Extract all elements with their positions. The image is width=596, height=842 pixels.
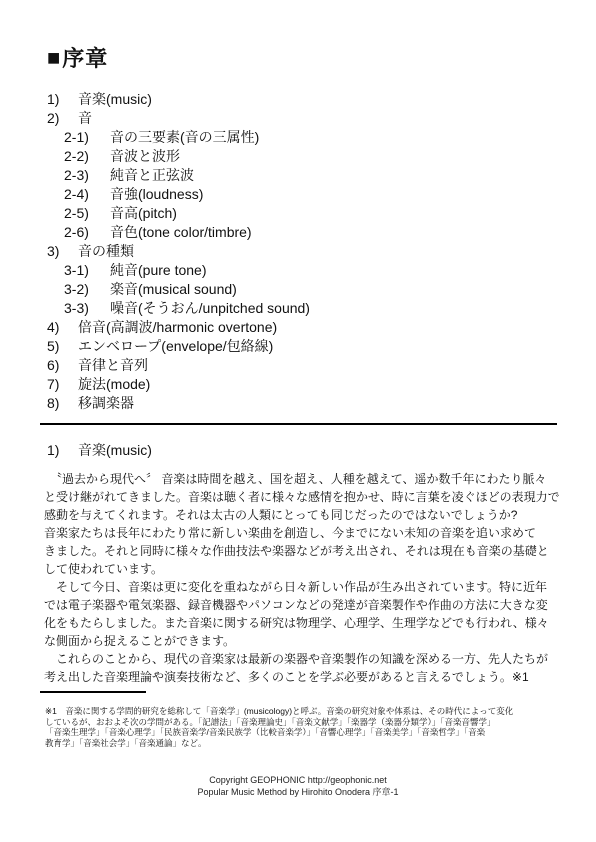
toc-item-label: 音強(loudness) <box>110 185 203 204</box>
toc-item: 2-4) 音強(loudness) <box>64 185 310 204</box>
chapter-title: ■ 序章 <box>47 42 108 73</box>
toc-item-number: 2-1) <box>64 128 110 147</box>
toc-item-label: 音色(tone color/timbre) <box>110 223 252 242</box>
toc-item-number: 3) <box>47 242 78 261</box>
toc-item: 8) 移調楽器 <box>47 394 310 413</box>
toc-item: 1) 音楽(music) <box>47 90 310 109</box>
footnote: ※1 音楽に関する学問的研究を総称して「音楽学」(musicology)と呼ぶ。… <box>45 706 561 748</box>
toc-item: 6) 音律と音列 <box>47 356 310 375</box>
toc-item-number: 3-3) <box>64 299 110 318</box>
toc-item-number: 3-1) <box>64 261 110 280</box>
toc-item: 3-3) 噪音(そうおん/unpitched sound) <box>64 299 310 318</box>
toc-item-label: 噪音(そうおん/unpitched sound) <box>110 299 310 318</box>
table-of-contents: 1) 音楽(music) 2) 音 2-1) 音の三要素(音の三属性) 2-2)… <box>47 90 310 413</box>
body-line: では電子楽器や電気楽器、録音機器やパソコンなどの発達が音楽製作や作曲の方法に大き… <box>44 596 564 614</box>
toc-item: 3) 音の種類 <box>47 242 310 261</box>
toc-item-number: 2-6) <box>64 223 110 242</box>
section-divider <box>40 423 557 425</box>
body-line: 化をもたらしました。また音楽に関する研究は物理学、心理学、生理学などでも行われ、… <box>44 614 564 632</box>
toc-item-number: 4) <box>47 318 78 337</box>
body-line: これらのことから、現代の音楽家は最新の楽器や音楽製作の知識を深める一方、先人たち… <box>44 650 564 668</box>
toc-item: 3-1) 純音(pure tone) <box>64 261 310 280</box>
toc-item-number: 6) <box>47 356 78 375</box>
document-page: ■ 序章 1) 音楽(music) 2) 音 2-1) 音の三要素(音の三属性)… <box>0 0 596 842</box>
body-paragraphs: 〝過去から現代へ〞 音楽は時間を越え、国を超え、人種を越えて、遥か数千年にわたり… <box>44 470 564 686</box>
toc-item-label: 音の種類 <box>78 242 134 261</box>
toc-item-label: エンベロープ(envelope/包絡線) <box>78 337 273 356</box>
section-number: 1) <box>47 441 78 460</box>
toc-item-label: 音の三要素(音の三属性) <box>110 128 259 147</box>
toc-item-number: 2-4) <box>64 185 110 204</box>
body-line: して使われています。 <box>44 560 564 578</box>
toc-item-number: 2-5) <box>64 204 110 223</box>
toc-item-label: 音楽(music) <box>78 90 152 109</box>
toc-item-number: 2-3) <box>64 166 110 185</box>
body-line: と受け継がれてきました。音楽は聴く者に様々な感情を抱かせ、時に言葉を凌ぐほどの表… <box>44 488 564 506</box>
toc-item: 2-6) 音色(tone color/timbre) <box>64 223 310 242</box>
toc-item: 2) 音 <box>47 109 310 128</box>
toc-item: 5) エンベロープ(envelope/包絡線) <box>47 337 310 356</box>
toc-item-label: 純音(pure tone) <box>110 261 206 280</box>
toc-item-label: 音律と音列 <box>78 356 148 375</box>
footnote-line: 教育学」「音楽社会学」「音楽通論」など。 <box>45 738 561 749</box>
toc-item-label: 旋法(mode) <box>78 375 150 394</box>
footnote-divider <box>40 691 146 693</box>
toc-item: 4) 倍音(高調波/harmonic overtone) <box>47 318 310 337</box>
toc-item-number: 5) <box>47 337 78 356</box>
toc-item-label: 移調楽器 <box>78 394 134 413</box>
toc-item-label: 楽音(musical sound) <box>110 280 237 299</box>
toc-item-number: 8) <box>47 394 78 413</box>
toc-item: 7) 旋法(mode) <box>47 375 310 394</box>
body-line: な側面から捉えることができます。 <box>44 632 564 650</box>
footnote-line: しているが、おおよそ次の学問がある。「記譜法」「音楽理論史」「音楽文献学」「楽器… <box>45 717 561 728</box>
toc-item-number: 7) <box>47 375 78 394</box>
square-bullet-icon: ■ <box>47 45 61 71</box>
page-footer: Copyright GEOPHONIC http://geophonic.net… <box>0 774 596 798</box>
toc-item-label: 倍音(高調波/harmonic overtone) <box>78 318 277 337</box>
copyright-line: Copyright GEOPHONIC http://geophonic.net <box>0 774 596 786</box>
toc-item: 2-1) 音の三要素(音の三属性) <box>64 128 310 147</box>
toc-item-number: 1) <box>47 90 78 109</box>
body-line: きました。それと同時に様々な作曲技法や楽器などが考え出され、それは現在も音楽の基… <box>44 542 564 560</box>
section-title: 音楽(music) <box>78 441 152 460</box>
toc-item-label: 純音と正弦波 <box>110 166 194 185</box>
toc-item-label: 音 <box>78 109 92 128</box>
body-line: そして今日、音楽は更に変化を重ねながら日々新しい作品が生み出されています。特に近… <box>44 578 564 596</box>
body-line: 考え出した音楽理論や演奏技術など、多くのことを学ぶ必要があると言えるでしょう。※… <box>44 668 564 686</box>
toc-item: 2-3) 純音と正弦波 <box>64 166 310 185</box>
toc-item: 3-2) 楽音(musical sound) <box>64 280 310 299</box>
body-line: 〝過去から現代へ〞 音楽は時間を越え、国を超え、人種を越えて、遥か数千年にわたり… <box>44 470 564 488</box>
toc-item: 2-2) 音波と波形 <box>64 147 310 166</box>
footnote-line: ※1 音楽に関する学問的研究を総称して「音楽学」(musicology)と呼ぶ。… <box>45 706 561 717</box>
body-line: 感動を与えてくれます。それは太古の人類にとっても同じだったのではないでしょうか? <box>44 506 564 524</box>
toc-item-label: 音波と波形 <box>110 147 180 166</box>
toc-item-label: 音高(pitch) <box>110 204 177 223</box>
toc-item-number: 2-2) <box>64 147 110 166</box>
section-heading: 1) 音楽(music) <box>47 441 152 460</box>
body-line: 音楽家たちは長年にわたり常に新しい楽曲を創造し、今までにない未知の音楽を追い求め… <box>44 524 564 542</box>
chapter-title-text: 序章 <box>62 42 108 73</box>
method-credit-line: Popular Music Method by Hirohito Onodera… <box>0 786 596 798</box>
toc-item-number: 3-2) <box>64 280 110 299</box>
footnote-line: 「音楽生理学」「音楽心理学」「民族音楽学/音楽民族学（比較音楽学）」「音響心理学… <box>45 727 561 738</box>
toc-item: 2-5) 音高(pitch) <box>64 204 310 223</box>
toc-item-number: 2) <box>47 109 78 128</box>
